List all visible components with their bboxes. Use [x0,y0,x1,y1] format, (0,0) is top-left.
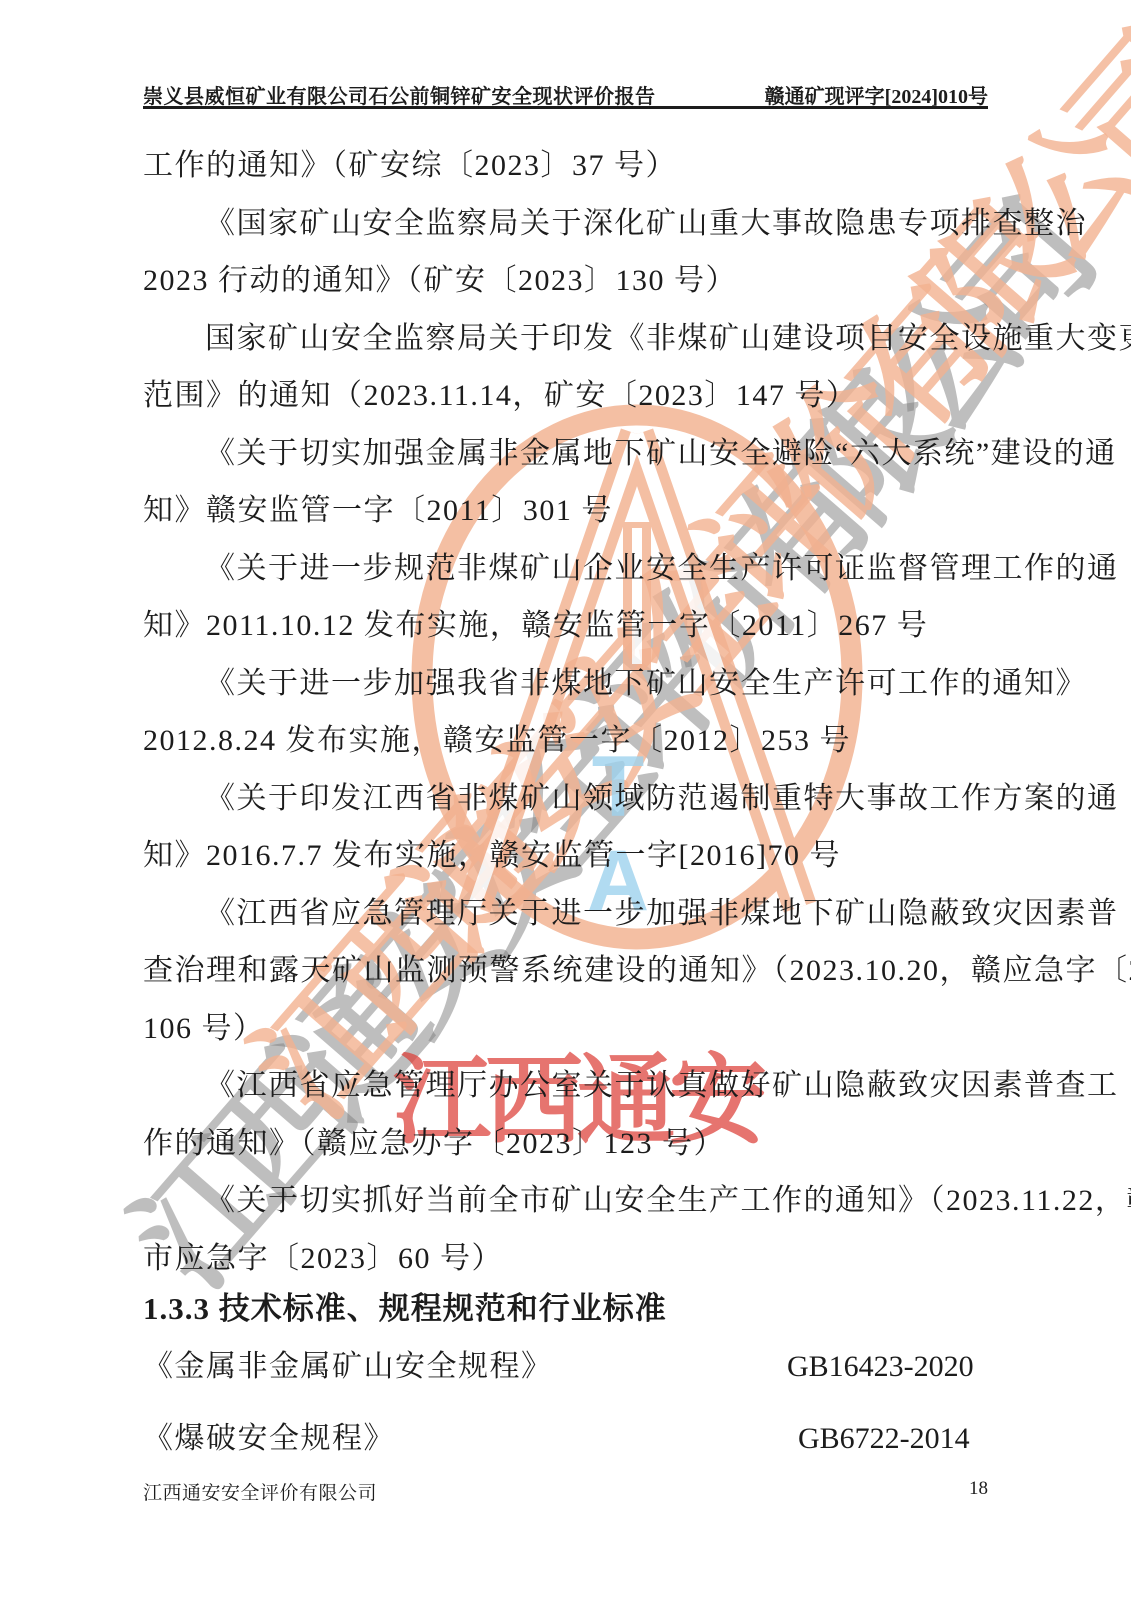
body-line: 《江西省应急管理厅办公室关于认真做好矿山隐蔽致灾因素普查工 [143,1057,988,1115]
standard-code: GB6722-2014 [798,1403,970,1475]
body-line: 《关于进一步加强我省非煤地下矿山安全生产许可工作的通知》 [143,655,988,713]
body-line: 知》2016.7.7 发布实施，赣安监管一字[2016]70 号 [143,827,988,885]
body-line: 知》赣安监管一字〔2011〕301 号 [143,482,988,540]
body-line: 《关于切实加强金属非金属地下矿山安全避险“六大系统”建设的通 [143,425,988,483]
section-heading: 1.3.3 技术标准、规程规范和行业标准 [143,1287,988,1331]
report-page: 江西通安安全评价有限公司 江西通安安全评价有限公司 T A 江西通安 崇义县威恒… [0,0,1131,1600]
body-line: 市应急字〔2023〕60 号） [143,1230,988,1288]
body-line: 《关于切实抓好当前全市矿山安全生产工作的通知》（2023.11.22，赣 [143,1172,988,1230]
standard-reference-row: 《爆破安全规程》 GB6722-2014 [143,1403,988,1475]
footer-company-name: 江西通安安全评价有限公司 [143,1478,377,1505]
header-divider [143,106,988,109]
body-line: 《国家矿山安全监察局关于深化矿山重大事故隐患专项排查整治 [143,195,988,253]
standard-title: 《爆破安全规程》 [143,1422,395,1455]
body-line: 《关于印发江西省非煤矿山领域防范遏制重特大事故工作方案的通 [143,770,988,828]
document-body: 工作的通知》（矿安综〔2023〕37 号） 《国家矿山安全监察局关于深化矿山重大… [143,137,988,1475]
standard-reference-row: 《金属非金属矿山安全规程》 GB16423-2020 [143,1331,988,1403]
body-line: 查治理和露天矿山监测预警系统建设的通知》（2023.10.20，赣应急字〔202… [143,942,988,1000]
standard-code: GB16423-2020 [787,1331,974,1403]
body-line: 《关于进一步规范非煤矿山企业安全生产许可证监督管理工作的通 [143,540,988,598]
body-line: 国家矿山安全监察局关于印发《非煤矿山建设项目安全设施重大变更 [143,310,988,368]
body-line: 范围》的通知（2023.11.14，矿安〔2023〕147 号） [143,367,988,425]
body-line: 工作的通知》（矿安综〔2023〕37 号） [143,137,988,195]
standard-title: 《金属非金属矿山安全规程》 [143,1350,553,1383]
page-header: 崇义县威恒矿业有限公司石公前铜锌矿安全现状评价报告 赣通矿现评字[2024]01… [143,80,988,109]
body-line: 知》2011.10.12 发布实施，赣安监管一字〔2011〕267 号 [143,597,988,655]
page-footer: 江西通安安全评价有限公司 18 [143,1478,988,1505]
body-line: 2023 行动的通知》（矿安〔2023〕130 号） [143,252,988,310]
header-document-number: 赣通矿现评字[2024]010号 [765,80,988,109]
footer-page-number: 18 [969,1478,988,1505]
body-line: 作的通知》（赣应急办字〔2023〕123 号） [143,1115,988,1173]
body-line: 106 号） [143,1000,988,1058]
body-line: 2012.8.24 发布实施，赣安监管一字〔2012〕253 号 [143,712,988,770]
header-report-title: 崇义县威恒矿业有限公司石公前铜锌矿安全现状评价报告 [143,80,656,109]
body-line: 《江西省应急管理厅关于进一步加强非煤地下矿山隐蔽致灾因素普 [143,885,988,943]
